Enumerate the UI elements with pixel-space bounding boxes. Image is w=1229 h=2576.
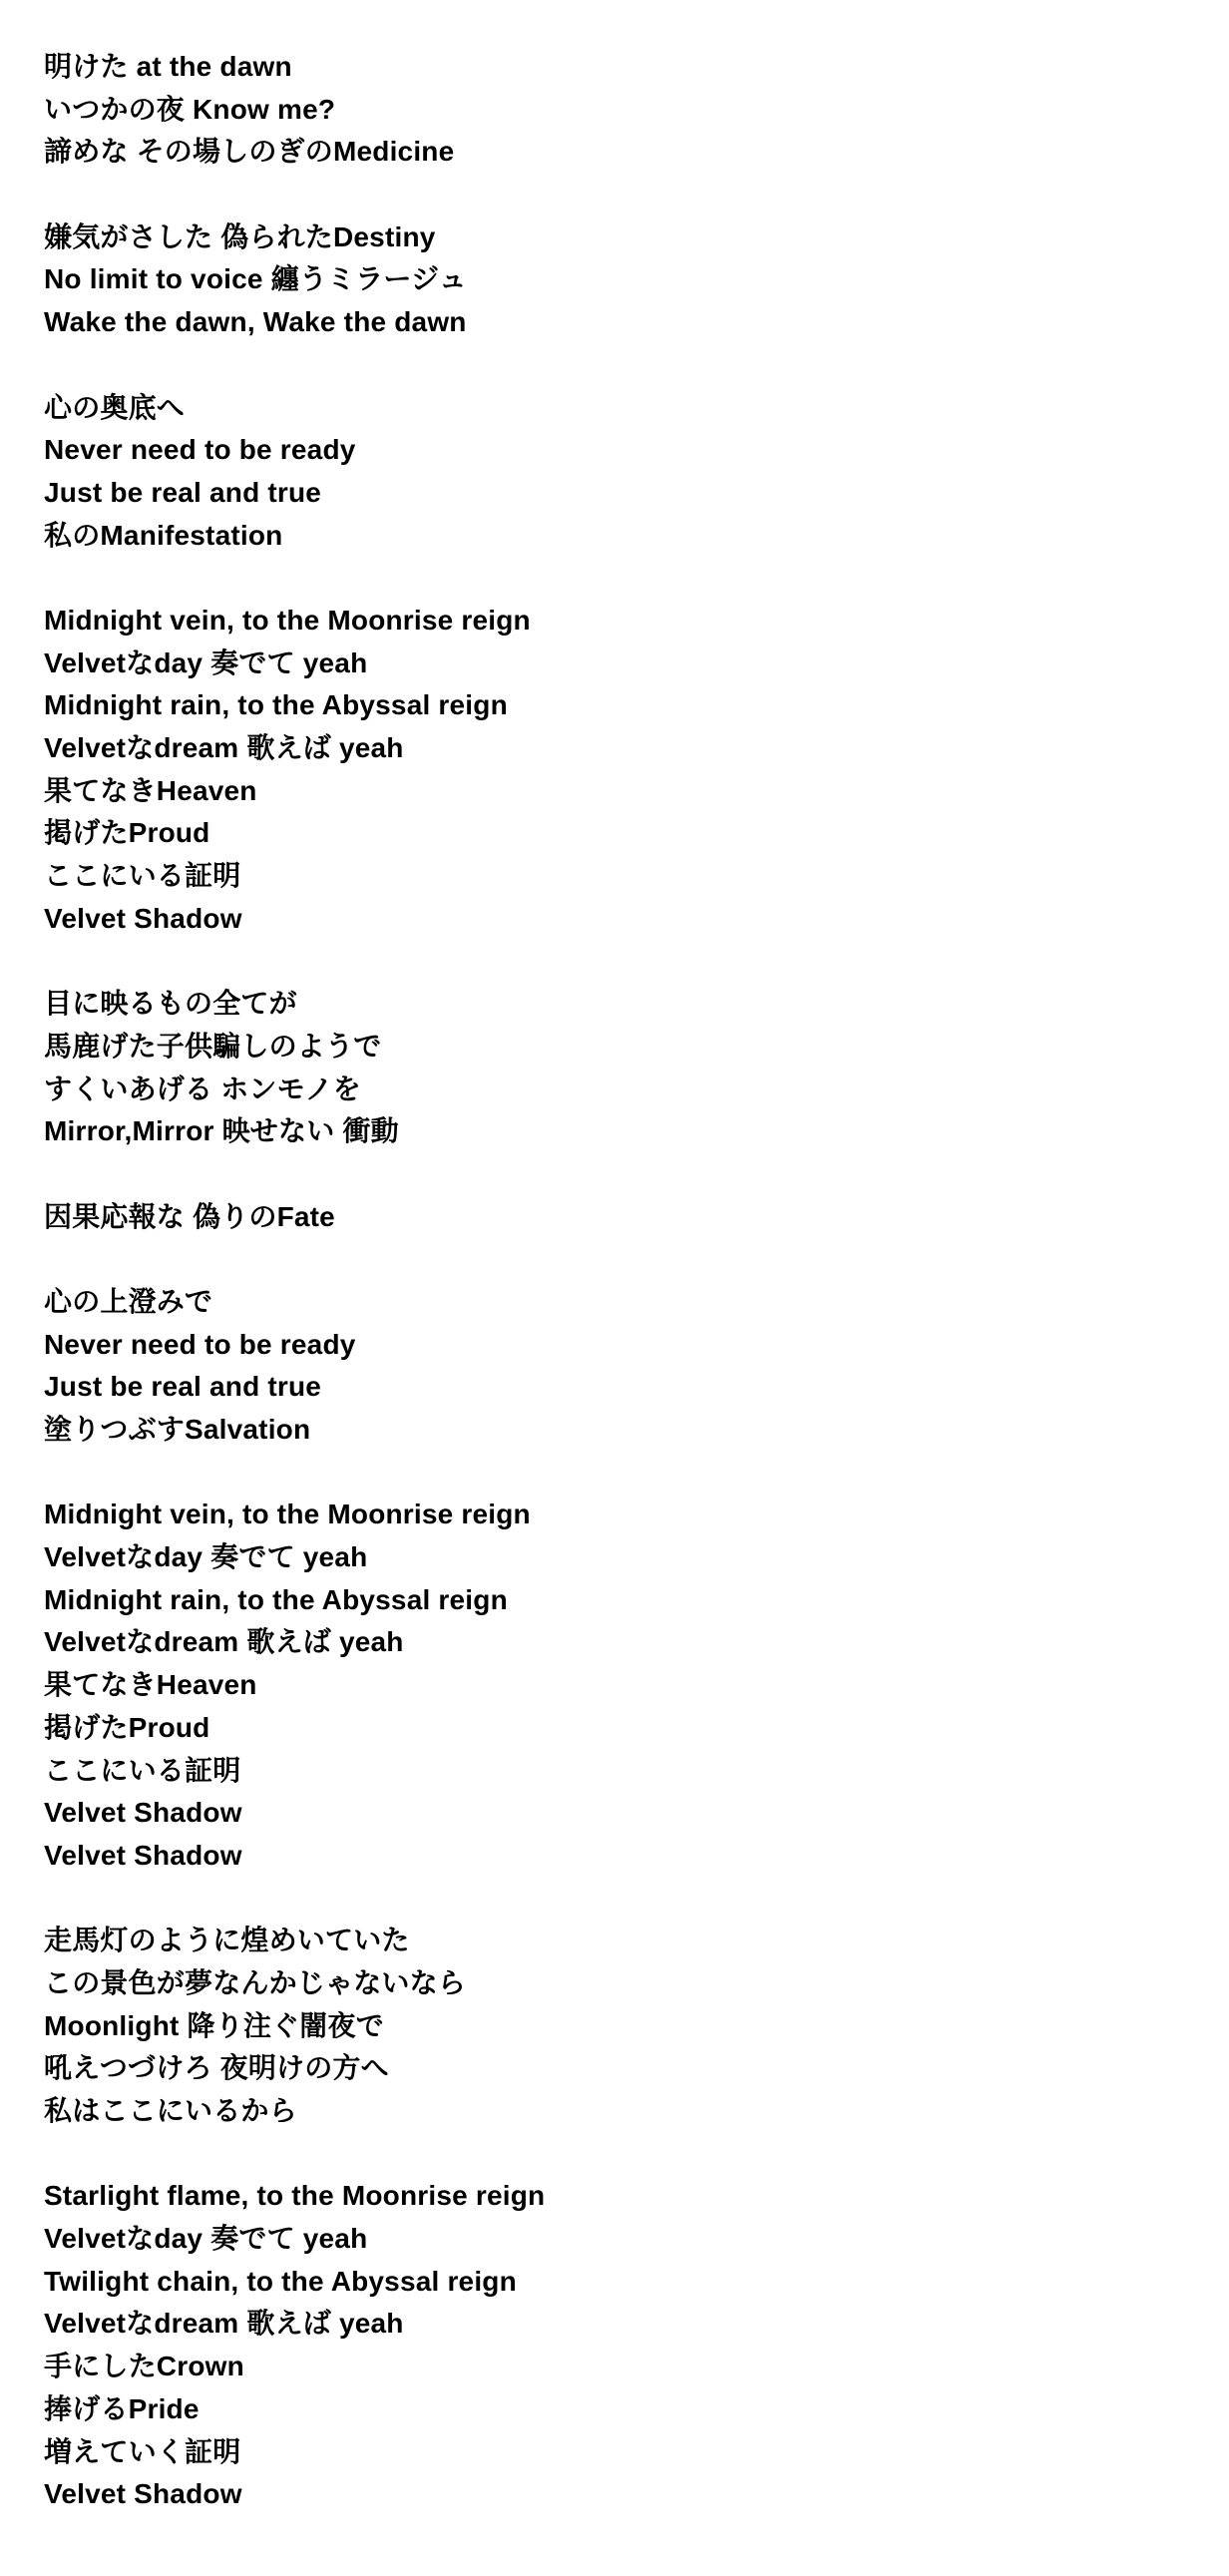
- lyric-line: 馬鹿げた子供騙しのようで: [44, 1026, 1189, 1069]
- lyric-line: Just be real and true: [44, 1366, 1189, 1409]
- lyric-line: 果てなきHeaven: [44, 1664, 1189, 1707]
- stanza: 走馬灯のように煌めいていたこの景色が夢なんかじゃないならMoonlight 降り…: [44, 1920, 1189, 2132]
- lyric-line: 私はここにいるから: [44, 2090, 1189, 2133]
- lyric-line: Never need to be ready: [44, 1324, 1189, 1367]
- lyric-line: 走馬灯のように煌めいていた: [44, 1920, 1189, 1962]
- lyric-line: Midnight vein, to the Moonrise reign: [44, 600, 1189, 643]
- lyric-line: すくいあげる ホンモノを: [44, 1069, 1189, 1111]
- lyric-line: Twilight chain, to the Abyssal reign: [44, 2261, 1189, 2304]
- lyrics-text: 明けた at the dawnいつかの夜 Know me?諦めな その場しのぎの…: [44, 46, 1189, 2516]
- lyric-line: Velvetなday 奏でて yeah: [44, 2218, 1189, 2261]
- lyric-line: Velvetなdream 歌えば yeah: [44, 1621, 1189, 1664]
- lyric-line: Velvetなday 奏でて yeah: [44, 643, 1189, 685]
- lyric-line: 目に映るもの全てが: [44, 983, 1189, 1026]
- lyric-line: Midnight rain, to the Abyssal reign: [44, 1579, 1189, 1622]
- lyric-line: いつかの夜 Know me?: [44, 89, 1189, 132]
- stanza: Midnight vein, to the Moonrise reignVelv…: [44, 1494, 1189, 1877]
- lyric-line: 諦めな その場しのぎのMedicine: [44, 131, 1189, 174]
- stanza: 因果応報な 偽りのFate: [44, 1196, 1189, 1239]
- lyric-line: Moonlight 降り注ぐ闇夜で: [44, 2005, 1189, 2048]
- lyrics-page: 明けた at the dawnいつかの夜 Know me?諦めな その場しのぎの…: [0, 0, 1229, 2576]
- lyric-line: Velvetなday 奏でて yeah: [44, 1536, 1189, 1579]
- lyric-line: 私のManifestation: [44, 515, 1189, 558]
- lyric-line: 増えていく証明: [44, 2431, 1189, 2474]
- lyric-line: この景色が夢なんかじゃないなら: [44, 1962, 1189, 2005]
- lyric-line: 心の上澄みで: [44, 1281, 1189, 1324]
- lyric-line: 心の奥底へ: [44, 387, 1189, 430]
- lyric-line: Velvetなdream 歌えば yeah: [44, 727, 1189, 770]
- lyric-line: Velvet Shadow: [44, 1835, 1189, 1878]
- lyric-line: Never need to be ready: [44, 429, 1189, 472]
- lyric-line: Velvetなdream 歌えば yeah: [44, 2303, 1189, 2346]
- stanza: 心の奥底へNever need to be readyJust be real …: [44, 387, 1189, 558]
- lyric-line: Velvet Shadow: [44, 1792, 1189, 1835]
- lyric-line: Velvet Shadow: [44, 2473, 1189, 2516]
- lyric-line: No limit to voice 纏うミラージュ: [44, 258, 1189, 301]
- lyric-line: 嫌気がさした 偽られたDestiny: [44, 216, 1189, 259]
- stanza: 心の上澄みでNever need to be readyJust be real…: [44, 1281, 1189, 1452]
- stanza: 明けた at the dawnいつかの夜 Know me?諦めな その場しのぎの…: [44, 46, 1189, 174]
- lyric-line: Mirror,Mirror 映せない 衝動: [44, 1110, 1189, 1153]
- stanza: Starlight flame, to the Moonrise reignVe…: [44, 2175, 1189, 2516]
- stanza: Midnight vein, to the Moonrise reignVelv…: [44, 600, 1189, 941]
- lyric-line: 因果応報な 偽りのFate: [44, 1196, 1189, 1239]
- lyric-line: Wake the dawn, Wake the dawn: [44, 301, 1189, 344]
- lyric-line: 明けた at the dawn: [44, 46, 1189, 89]
- lyric-line: ここにいる証明: [44, 1750, 1189, 1793]
- stanza: 嫌気がさした 偽られたDestinyNo limit to voice 纏うミラ…: [44, 216, 1189, 344]
- lyric-line: 手にしたCrown: [44, 2346, 1189, 2388]
- lyric-line: 塗りつぶすSalvation: [44, 1409, 1189, 1452]
- lyric-line: Midnight vein, to the Moonrise reign: [44, 1494, 1189, 1536]
- lyric-line: Just be real and true: [44, 472, 1189, 515]
- stanza: 目に映るもの全てが馬鹿げた子供騙しのようですくいあげる ホンモノをMirror,…: [44, 983, 1189, 1153]
- lyric-line: 捧げるPride: [44, 2388, 1189, 2431]
- lyric-line: ここにいる証明: [44, 855, 1189, 898]
- lyric-line: Midnight rain, to the Abyssal reign: [44, 684, 1189, 727]
- lyric-line: 吼えつづけろ 夜明けの方へ: [44, 2047, 1189, 2090]
- lyric-line: Velvet Shadow: [44, 898, 1189, 941]
- lyric-line: Starlight flame, to the Moonrise reign: [44, 2175, 1189, 2218]
- lyric-line: 掲げたProud: [44, 812, 1189, 855]
- lyric-line: 果てなきHeaven: [44, 770, 1189, 813]
- lyric-line: 掲げたProud: [44, 1707, 1189, 1750]
